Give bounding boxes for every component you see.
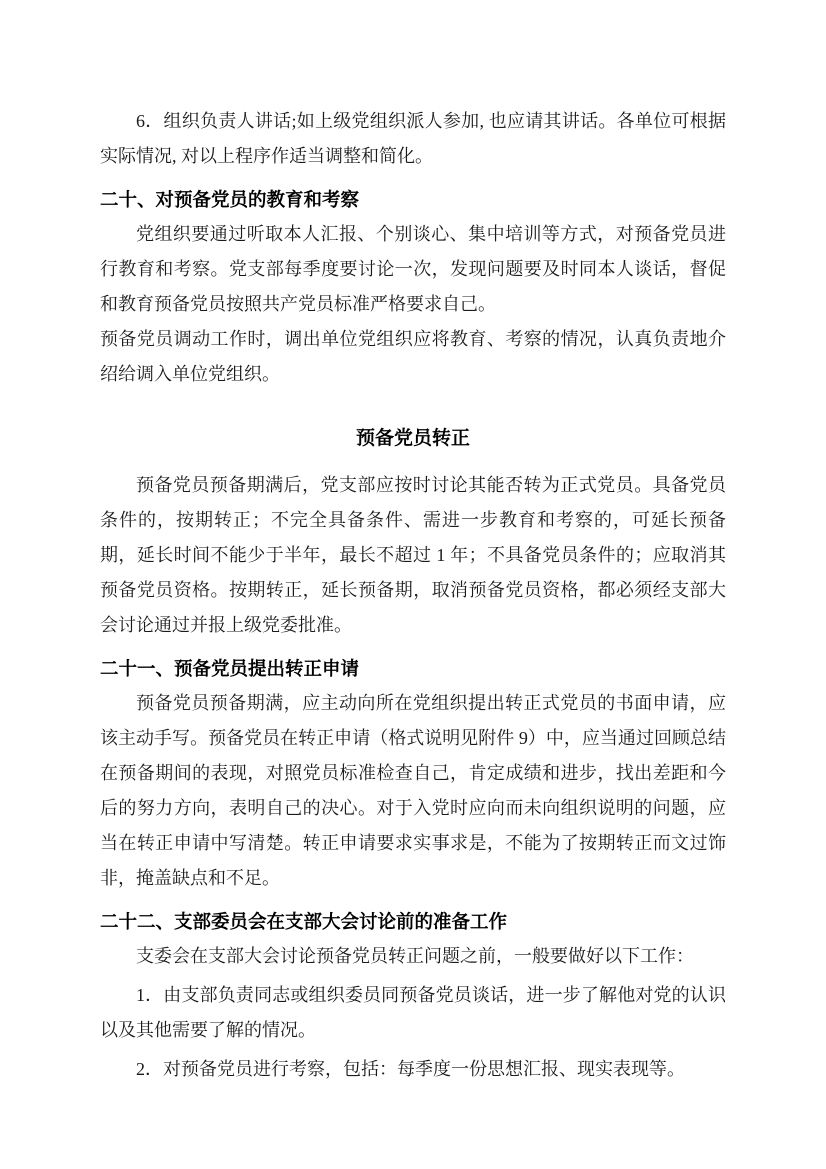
paragraph: 支委会在支部大会讨论预备党员转正问题之前，一般要做好以下工作： xyxy=(100,939,726,974)
section-heading: 二十一、预备党员提出转正申请 xyxy=(100,651,726,686)
section-heading: 二十二、支部委员会在支部大会讨论前的准备工作 xyxy=(100,904,726,939)
paragraph: 预备党员预备期满后，党支部应按时讨论其能否转为正式党员。具备党员条件的，按期转正… xyxy=(100,468,726,643)
numbered-paragraph: 6．组织负责人讲话;如上级党组织派人参加, 也应请其讲话。各单位可根据实际情况,… xyxy=(100,104,726,174)
paragraph: 党组织要通过听取本人汇报、个别谈心、集中培训等方式，对预备党员进行教育和考察。党… xyxy=(100,217,726,322)
document-content: 6．组织负责人讲话;如上级党组织派人参加, 也应请其讲话。各单位可根据实际情况,… xyxy=(100,104,726,1087)
section-heading: 二十、对预备党员的教育和考察 xyxy=(100,182,726,217)
paragraph: 预备党员预备期满，应主动向所在党组织提出转正式党员的书面申请，应该主动手写。预备… xyxy=(100,686,726,896)
document-title: 预备党员转正 xyxy=(100,422,726,456)
numbered-paragraph: 2．对预备党员进行考察，包括：每季度一份思想汇报、现实表现等。 xyxy=(100,1052,726,1087)
document-page: 6．组织负责人讲话;如上级党组织派人参加, 也应请其讲话。各单位可根据实际情况,… xyxy=(0,0,826,1169)
paragraph: 预备党员调动工作时，调出单位党组织应将教育、考察的情况，认真负责地介绍给调入单位… xyxy=(100,322,726,392)
numbered-paragraph: 1．由支部负责同志或组织委员同预备党员谈话，进一步了解他对党的认识以及其他需要了… xyxy=(100,978,726,1048)
